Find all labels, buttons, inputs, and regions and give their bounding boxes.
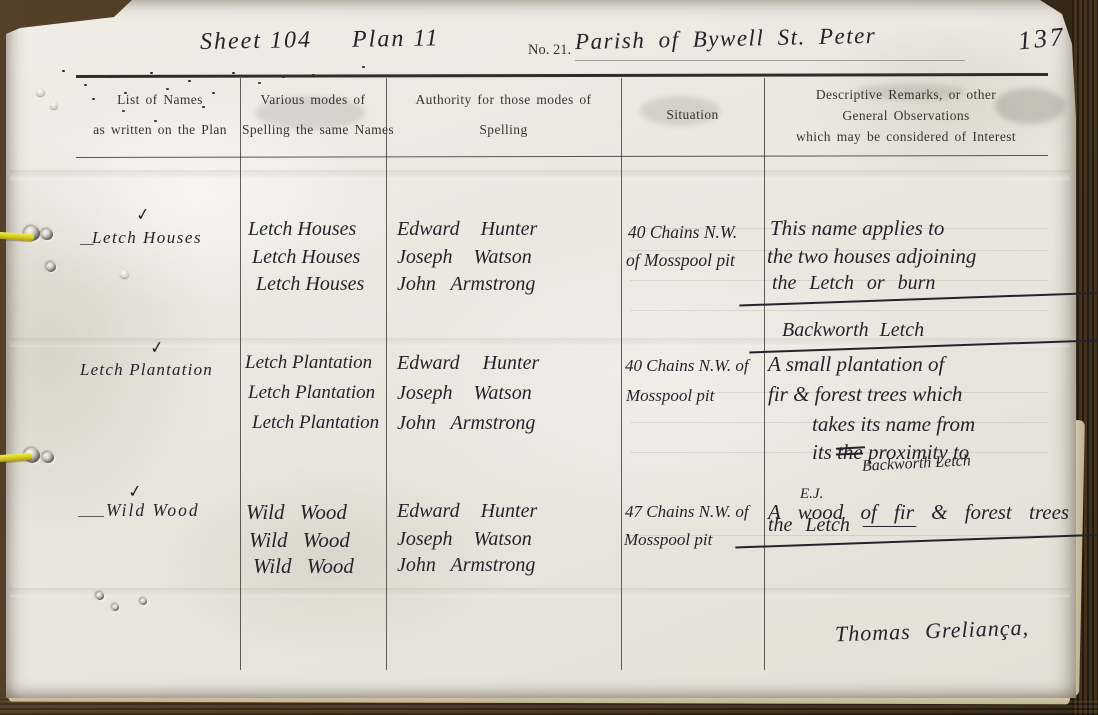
punch-hole <box>46 262 56 272</box>
situation-line: 40 Chains N.W. of <box>625 356 749 376</box>
spelling-entry: Letch Plantation <box>252 412 379 434</box>
plan-number: Plan 11 <box>352 25 440 54</box>
situation-line: of Mosspool pit <box>626 250 735 271</box>
paper-dent <box>50 102 58 109</box>
row-name: Letch Houses <box>92 228 202 248</box>
spelling-entry: Wild Wood <box>249 528 350 553</box>
guide-line <box>630 310 1048 311</box>
spelling-entry: Wild Wood <box>246 500 347 525</box>
column-header-spelling-line2: Spelling the same Names <box>242 122 384 138</box>
column-header-remarks-line3: which may be considered of Interest <box>766 129 1046 145</box>
spelling-entry: Letch Houses <box>252 246 360 269</box>
spelling-entry: Letch Houses <box>248 218 356 241</box>
column-header-remarks-line1: Descriptive Remarks, or other <box>766 87 1046 103</box>
parish-underline <box>575 60 965 61</box>
authority-entry: Joseph Watson <box>397 382 532 405</box>
spelling-entry: Letch Plantation <box>248 382 375 404</box>
column-header-situation: Situation <box>623 107 762 123</box>
form-number-label: No. 21. <box>528 42 571 59</box>
situation-line: Mosspool pit <box>624 530 712 550</box>
spelling-entry: Letch Houses <box>256 273 364 296</box>
scanned-ledger-page: { "icons": { "check": "✓" }, "page_heade… <box>0 0 1098 715</box>
authority-entry: Edward Hunter <box>397 352 539 375</box>
remarks-word: its <box>812 440 832 464</box>
check-icon: ✓ <box>149 337 166 359</box>
row-name: Wild Wood <box>106 500 200 521</box>
column-divider <box>240 78 241 670</box>
remarks-line: A wood of fir & forest trees <box>768 500 1069 525</box>
remarks-line: takes its name from <box>812 412 975 437</box>
punch-hole <box>96 592 104 600</box>
check-icon: ✓ <box>135 204 152 226</box>
situation-line: 40 Chains N.W. <box>628 222 737 243</box>
punch-hole <box>41 229 53 240</box>
column-header-names-line1: List of Names <box>82 92 238 108</box>
column-header-authority-line2: Spelling <box>388 122 619 138</box>
remarks-word-struck: the <box>837 440 863 464</box>
punch-hole <box>140 598 147 605</box>
remarks-line-struck: Backworth Letch <box>782 319 1098 342</box>
column-divider <box>621 78 622 670</box>
authority-entry: John Armstrong <box>397 554 535 577</box>
spelling-entry: Wild Wood <box>253 554 354 579</box>
sheet-number: Sheet 104 <box>200 27 312 56</box>
column-header-spelling-line1: Various modes of <box>242 92 384 108</box>
column-divider <box>764 78 765 670</box>
authority-entry: Joseph Watson <box>397 528 532 551</box>
column-header-authority-line1: Authority for those modes of <box>388 92 619 108</box>
authority-entry: John Armstrong <box>397 273 535 296</box>
authority-entry: Edward Hunter <box>397 500 537 523</box>
column-header-remarks-line2: General Observations <box>766 108 1046 124</box>
remarks-line: the two houses adjoining <box>767 244 976 269</box>
paper-dent <box>36 88 45 96</box>
page-number: 137 <box>1017 22 1068 57</box>
spelling-entry: Letch Plantation <box>245 352 372 374</box>
column-header-names-line2: as written on the Plan <box>82 122 238 138</box>
ink-speckles <box>62 70 65 72</box>
punch-hole <box>42 452 54 463</box>
remarks-line: fir & forest trees which <box>768 382 962 407</box>
remarks-line-struck: the Letch or burn <box>772 272 1098 295</box>
column-divider <box>386 78 387 670</box>
name-leader-dash <box>78 516 104 517</box>
authority-entry: Joseph Watson <box>397 246 532 269</box>
situation-line: Mosspool pit <box>626 386 714 406</box>
punch-hole <box>112 604 119 611</box>
remarks-line: This name applies to <box>770 216 944 241</box>
paper-dent <box>120 270 129 278</box>
situation-line: 47 Chains N.W. of <box>625 502 749 522</box>
binding-string <box>0 232 34 241</box>
row-name: Letch Plantation <box>80 360 213 380</box>
authority-entry: John Armstrong <box>397 412 535 435</box>
remarks-line: A small plantation of <box>768 352 944 377</box>
authority-entry: Edward Hunter <box>397 218 537 241</box>
